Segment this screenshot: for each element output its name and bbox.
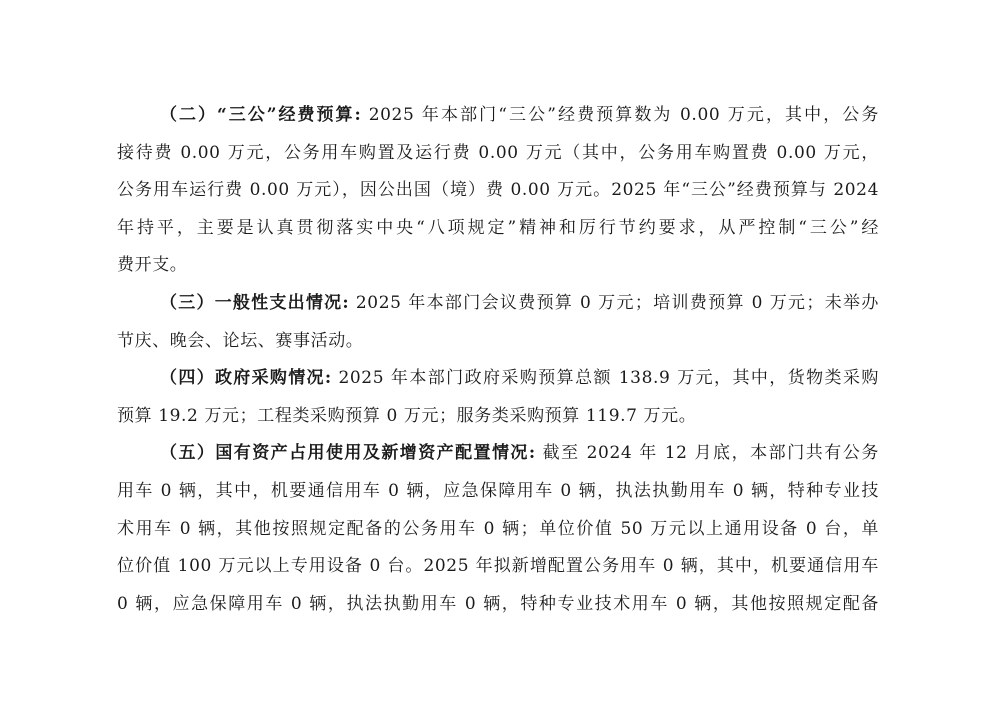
paragraph-line: 预算 19.2 万元；工程类采购预算 0 万元；服务类采购预算 119.7 万元… [117, 398, 879, 436]
paragraph-text: 2025 年本部门会议费预算 0 万元；培训费预算 0 万元；未举办 [349, 293, 879, 313]
paragraph-line: 术用车 0 辆，其他按照规定配备的公务用车 0 辆；单位价值 50 万元以上通用… [117, 511, 879, 549]
document-page: （二）“三公”经费预算: 2025 年本部门“三公”经费预算数为 0.00 万元… [0, 0, 1000, 706]
paragraph-line: 公务用车运行费 0.00 万元），因公出国（境）费 0.00 万元。2025 年… [117, 172, 879, 210]
paragraph-line: 用车 0 辆，其中，机要通信用车 0 辆，应急保障用车 0 辆，执法执勤用车 0… [117, 473, 879, 511]
section-government-procurement: （四）政府采购情况: 2025 年本部门政府采购预算总额 138.9 万元，其中… [117, 360, 879, 435]
paragraph-line: 接待费 0.00 万元，公务用车购置及运行费 0.00 万元（其中，公务用车购置… [117, 135, 879, 173]
paragraph-line: 0 辆，应急保障用车 0 辆，执法执勤用车 0 辆，特种专业技术用车 0 辆，其… [117, 586, 879, 624]
paragraph-text: 截至 2024 年 12 月底，本部门共有公务 [536, 443, 879, 463]
section-heading: （五）国有资产占用使用及新增资产配置情况: [160, 443, 536, 463]
paragraph-text: 2025 年本部门“三公”经费预算数为 0.00 万元，其中，公务 [361, 105, 879, 125]
section-heading: （三）一般性支出情况: [160, 293, 349, 313]
paragraph-line: （四）政府采购情况: 2025 年本部门政府采购预算总额 138.9 万元，其中… [117, 360, 879, 398]
paragraph-line: （二）“三公”经费预算: 2025 年本部门“三公”经费预算数为 0.00 万元… [117, 97, 879, 135]
paragraph-line: 位价值 100 万元以上专用设备 0 台。2025 年拟新增配置公务用车 0 辆… [117, 548, 879, 586]
section-heading: （二）“三公”经费预算: [160, 105, 361, 125]
paragraph-line: （三）一般性支出情况: 2025 年本部门会议费预算 0 万元；培训费预算 0 … [117, 285, 879, 323]
paragraph-text: 2025 年本部门政府采购预算总额 138.9 万元，其中，货物类采购 [332, 368, 879, 388]
section-heading: （四）政府采购情况: [160, 368, 332, 388]
paragraph-line: 年持平，主要是认真贯彻落实中央“八项规定”精神和厉行节约要求，从严控制“三公”经 [117, 210, 879, 248]
section-state-assets: （五）国有资产占用使用及新增资产配置情况: 截至 2024 年 12 月底，本部… [117, 435, 879, 623]
section-general-expenditure: （三）一般性支出情况: 2025 年本部门会议费预算 0 万元；培训费预算 0 … [117, 285, 879, 360]
document-body: （二）“三公”经费预算: 2025 年本部门“三公”经费预算数为 0.00 万元… [117, 97, 879, 623]
paragraph-line: 费开支。 [117, 247, 879, 285]
paragraph-line: 节庆、晚会、论坛、赛事活动。 [117, 323, 879, 361]
section-san-gong-budget: （二）“三公”经费预算: 2025 年本部门“三公”经费预算数为 0.00 万元… [117, 97, 879, 285]
paragraph-line: （五）国有资产占用使用及新增资产配置情况: 截至 2024 年 12 月底，本部… [117, 435, 879, 473]
